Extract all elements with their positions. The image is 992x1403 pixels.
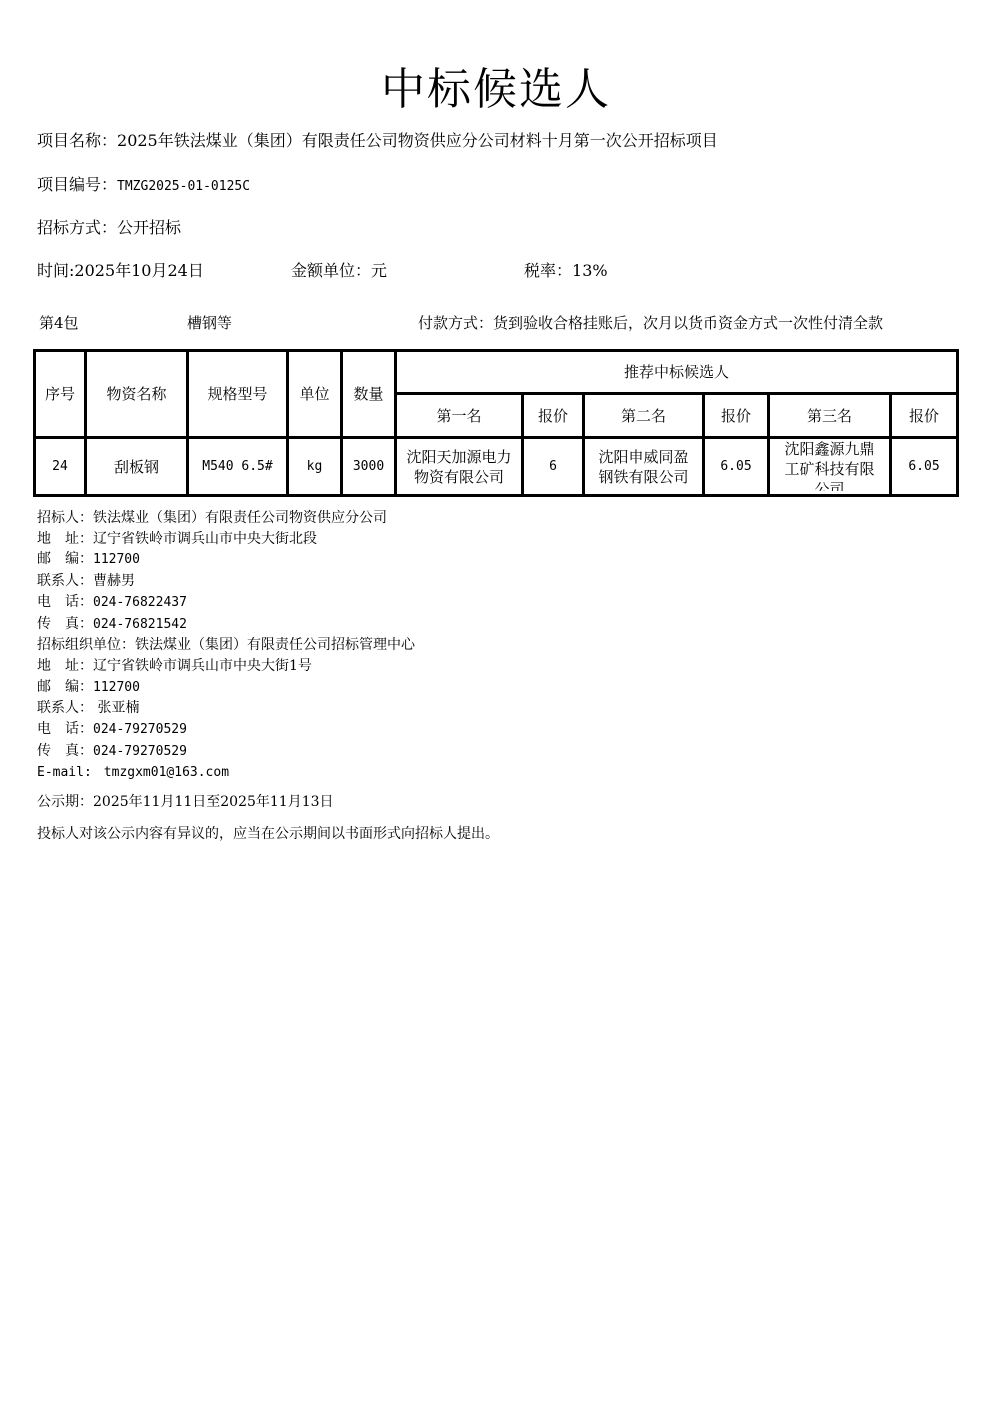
method: 公开招标 bbox=[117, 218, 181, 237]
header-second: 第二名 bbox=[584, 394, 704, 438]
header-first: 第一名 bbox=[396, 394, 523, 438]
candidate-table: 序号 物资名称 规格型号 单位 数量 推荐中标候选人 第一名 报价 第二名 报价… bbox=[33, 349, 959, 497]
agency-phone: 024-79270529 bbox=[93, 722, 187, 737]
header-seq: 序号 bbox=[35, 351, 86, 438]
cell-material-name: 刮板钢 bbox=[86, 438, 188, 496]
header-price-2: 报价 bbox=[704, 394, 769, 438]
header-third: 第三名 bbox=[769, 394, 891, 438]
tenderer-address-line: 地 址：辽宁省铁岭市调兵山市中央大街北段 bbox=[37, 529, 415, 550]
header-quantity: 数量 bbox=[342, 351, 396, 438]
payment-terms: 货到验收合格挂账后，次月以货币资金方式一次性付清全款 bbox=[493, 314, 883, 332]
tenderer-value: 铁法煤业（集团）有限责任公司物资供应分公司 bbox=[93, 510, 387, 526]
page-title: 中标候选人 bbox=[0, 60, 992, 120]
tenderer-contact-line: 联系人：曹赫男 bbox=[37, 571, 415, 592]
tenderer-phone: 024-76822437 bbox=[93, 595, 187, 610]
cell-third-candidate: 沈阳鑫源九鼎工矿科技有限公司 bbox=[769, 438, 891, 496]
cell-seq: 24 bbox=[35, 438, 86, 496]
agency-label: 招标组织单位： bbox=[37, 637, 135, 653]
tenderer-fax-line: 传 真：024-76821542 bbox=[37, 614, 415, 636]
tenderer-address: 辽宁省铁岭市调兵山市中央大街北段 bbox=[93, 531, 317, 547]
tenderer-label: 招标人： bbox=[37, 510, 93, 526]
tenderer-fax: 024-76821542 bbox=[93, 617, 187, 632]
tenderer-contact: 曹赫男 bbox=[93, 573, 135, 589]
method-line: 招标方式：公开招标 bbox=[37, 217, 181, 239]
tenderer-line: 招标人：铁法煤业（集团）有限责任公司物资供应分公司 bbox=[37, 508, 415, 529]
header-price-3: 报价 bbox=[891, 394, 958, 438]
postcode-label: 邮 编： bbox=[37, 551, 93, 567]
cell-unit: kg bbox=[288, 438, 342, 496]
agency-contact-line: 联系人： 张亚楠 bbox=[37, 698, 415, 719]
payment-label: 付款方式： bbox=[418, 314, 493, 332]
phone-label: 电 话： bbox=[37, 594, 93, 610]
time-label: 时间: bbox=[37, 261, 74, 280]
tenderer-phone-line: 电 话：024-76822437 bbox=[37, 592, 415, 614]
table-row: 24 刮板钢 M540 6.5# kg 3000 沈阳天加源电力物资有限公司 6… bbox=[35, 438, 958, 496]
tenderer-postcode: 112700 bbox=[93, 552, 140, 567]
cell-second-candidate: 沈阳申威同盈钢铁有限公司 bbox=[584, 438, 704, 496]
tax-rate: 13% bbox=[572, 261, 608, 280]
project-no: TMZG2025-01-0125C bbox=[117, 179, 250, 194]
phone-label: 电 话： bbox=[37, 721, 93, 737]
package-name: 槽钢等 bbox=[187, 313, 232, 333]
package-number: 第4包 bbox=[39, 313, 79, 333]
notice-period: 2025年11月11日至2025年11月13日 bbox=[93, 794, 334, 810]
objection-text: 投标人对该公示内容有异议的，应当在公示期间以书面形式向招标人提出。 bbox=[37, 824, 499, 845]
contact-block: 招标人：铁法煤业（集团）有限责任公司物资供应分公司 地 址：辽宁省铁岭市调兵山市… bbox=[37, 508, 415, 784]
cell-price-3: 6.05 bbox=[891, 438, 958, 496]
agency-address-line: 地 址：辽宁省铁岭市调兵山市中央大街1号 bbox=[37, 656, 415, 677]
header-spec: 规格型号 bbox=[188, 351, 288, 438]
address-label: 地 址： bbox=[37, 658, 93, 674]
agency-fax: 024-79270529 bbox=[93, 744, 187, 759]
cell-spec: M540 6.5# bbox=[188, 438, 288, 496]
time-line: 时间:2025年10月24日 bbox=[37, 260, 204, 282]
agency-fax-line: 传 真：024-79270529 bbox=[37, 741, 415, 763]
objection-line: 投标人对该公示内容有异议的，应当在公示期间以书面形式向招标人提出。 bbox=[37, 824, 499, 845]
tax-line: 税率：13% bbox=[524, 260, 608, 282]
period-label: 公示期： bbox=[37, 794, 93, 810]
tenderer-postcode-line: 邮 编：112700 bbox=[37, 549, 415, 571]
project-no-line: 项目编号：TMZG2025-01-0125C bbox=[37, 174, 250, 198]
project-no-label: 项目编号： bbox=[37, 175, 117, 194]
header-recommended-candidates: 推荐中标候选人 bbox=[396, 351, 958, 394]
agency-value: 铁法煤业（集团）有限责任公司招标管理中心 bbox=[135, 637, 415, 653]
email-label: E-mail: bbox=[37, 765, 92, 780]
tax-label: 税率： bbox=[524, 261, 572, 280]
cell-price-2: 6.05 bbox=[704, 438, 769, 496]
agency-postcode: 112700 bbox=[93, 680, 140, 695]
payment-line: 付款方式：货到验收合格挂账后，次月以货币资金方式一次性付清全款 bbox=[418, 313, 883, 333]
cell-first-candidate: 沈阳天加源电力物资有限公司 bbox=[396, 438, 523, 496]
project-name-label: 项目名称： bbox=[37, 131, 117, 150]
postcode-label: 邮 编： bbox=[37, 679, 93, 695]
project-name-line: 项目名称：2025年铁法煤业（集团）有限责任公司物资供应分公司材料十月第一次公开… bbox=[37, 130, 718, 152]
contact-label: 联系人： bbox=[37, 573, 93, 589]
currency-label: 金额单位： bbox=[291, 261, 371, 280]
agency-postcode-line: 邮 编：112700 bbox=[37, 677, 415, 699]
third-candidate-text: 沈阳鑫源九鼎工矿科技有限公司 bbox=[780, 439, 879, 491]
header-price-1: 报价 bbox=[523, 394, 584, 438]
agency-phone-line: 电 话：024-79270529 bbox=[37, 719, 415, 741]
currency: 元 bbox=[371, 261, 387, 280]
notice-period-line: 公示期：2025年11月11日至2025年11月13日 bbox=[37, 792, 334, 813]
agency-address: 辽宁省铁岭市调兵山市中央大街1号 bbox=[93, 658, 312, 674]
fax-label: 传 真： bbox=[37, 743, 93, 759]
agency-email[interactable]: tmzgxm01@163.com bbox=[104, 765, 229, 780]
header-material-name: 物资名称 bbox=[86, 351, 188, 438]
cell-price-1: 6 bbox=[523, 438, 584, 496]
address-label: 地 址： bbox=[37, 531, 93, 547]
agency-contact: 张亚楠 bbox=[93, 700, 139, 716]
contact-label: 联系人： bbox=[37, 700, 93, 716]
fax-label: 传 真： bbox=[37, 616, 93, 632]
currency-line: 金额单位：元 bbox=[291, 260, 387, 282]
method-label: 招标方式： bbox=[37, 218, 117, 237]
project-name: 2025年铁法煤业（集团）有限责任公司物资供应分公司材料十月第一次公开招标项目 bbox=[117, 131, 718, 150]
time: 2025年10月24日 bbox=[74, 261, 203, 280]
cell-quantity: 3000 bbox=[342, 438, 396, 496]
agency-line: 招标组织单位：铁法煤业（集团）有限责任公司招标管理中心 bbox=[37, 635, 415, 656]
agency-email-line: E-mail:tmzgxm01@163.com bbox=[37, 762, 415, 784]
header-unit: 单位 bbox=[288, 351, 342, 438]
